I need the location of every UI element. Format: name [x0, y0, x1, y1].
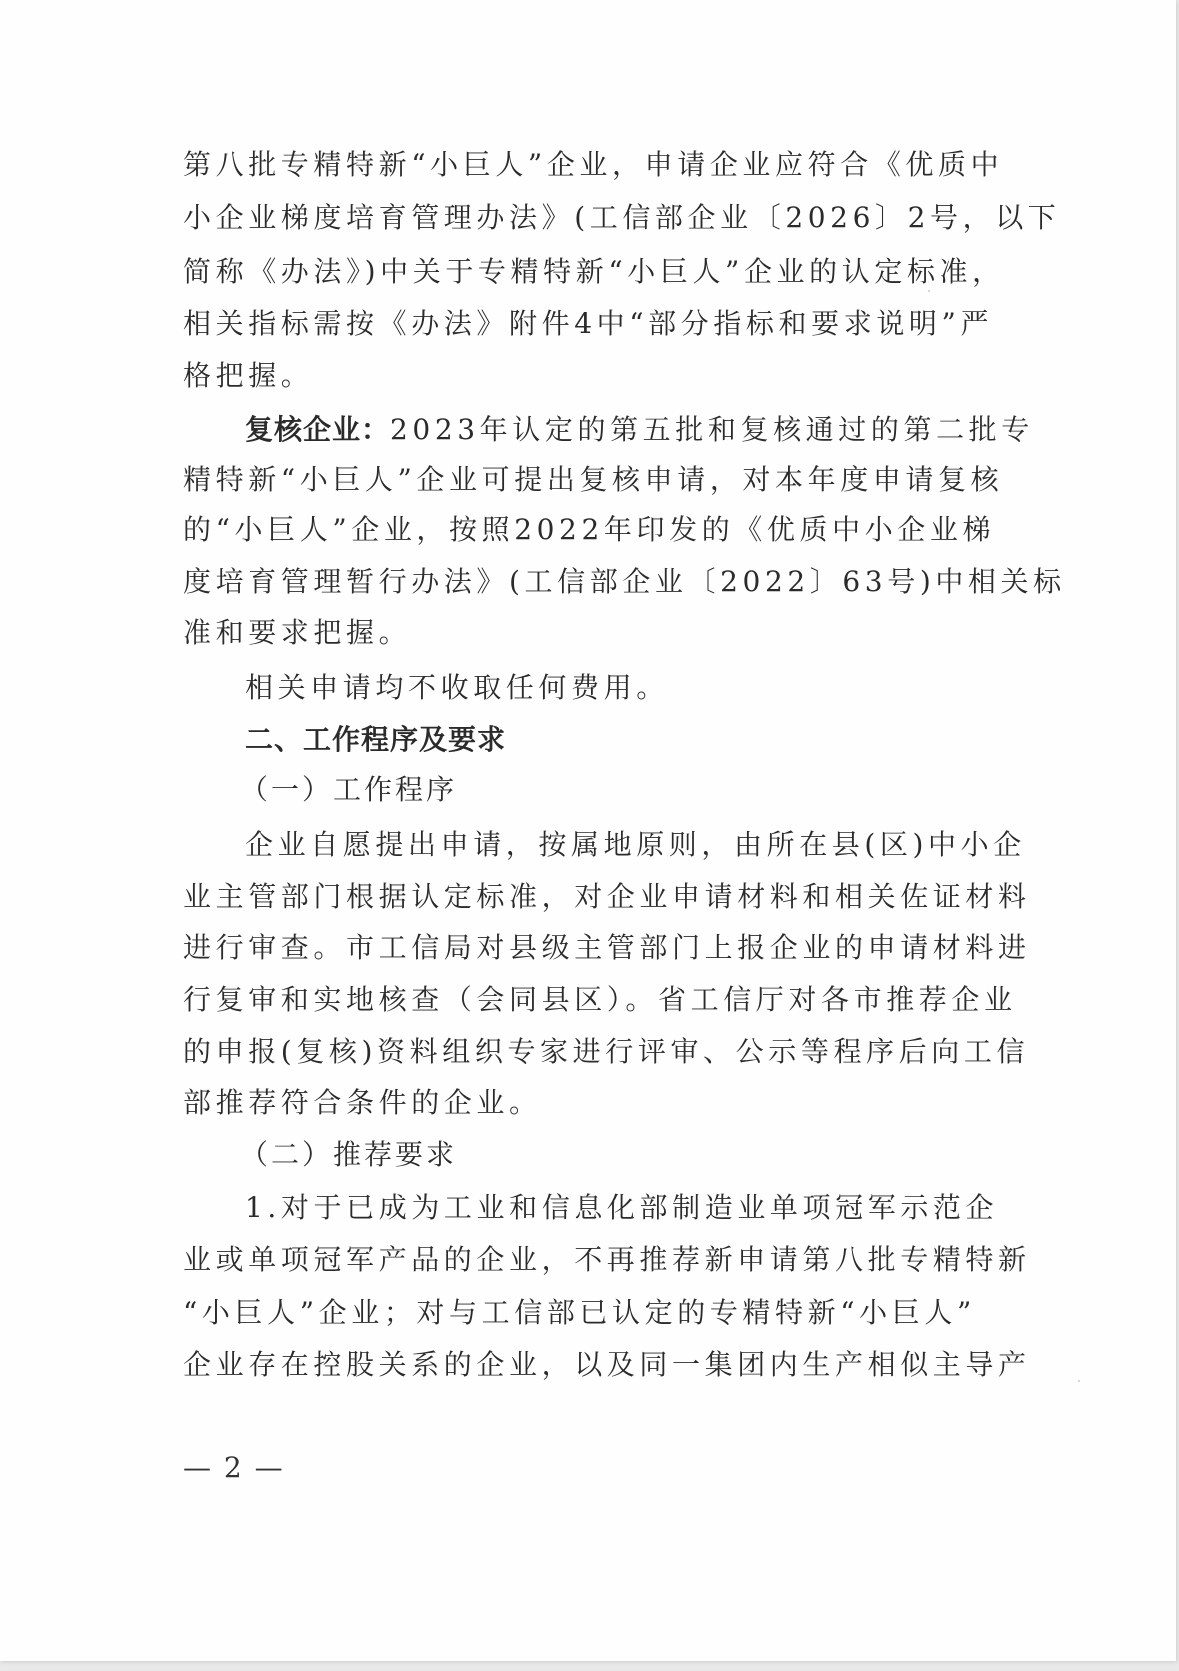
scan-speck	[928, 290, 930, 292]
text-line: 相关指标需按《办法》附件4中“部分指标和要求说明”严	[183, 306, 998, 342]
text-line: 小企业梯度培育管理办法》(工信部企业〔2026〕2号，以下	[183, 200, 998, 236]
text-line: 的申报(复核)资料组织专家进行评审、公示等程序后向工信	[183, 1034, 998, 1070]
text-line: 1.对于已成为工业和信息化部制造业单项冠军示范企	[245, 1190, 1060, 1226]
text-line: 精特新“小巨人”企业可提出复核申请，对本年度申请复核	[183, 462, 998, 498]
text-line: 第八批专精特新“小巨人”企业，申请企业应符合《优质中	[183, 147, 998, 183]
text-line: “小巨人”企业；对与工信部已认定的专精特新“小巨人”	[183, 1295, 998, 1331]
document-page: 第八批专精特新“小巨人”企业，申请企业应符合《优质中 小企业梯度培育管理办法》(…	[0, 0, 1176, 1661]
subsection-heading: （二）推荐要求	[240, 1137, 1055, 1173]
text-line: 复核企业：2023年认定的第五批和复核通过的第二批专	[245, 412, 1060, 448]
text-line: 格把握。	[183, 358, 998, 394]
text-line: 企业存在控股关系的企业，以及同一集团内生产相似主导产	[183, 1347, 998, 1383]
paragraph-lead-bold: 复核企业：	[245, 413, 390, 446]
section-heading: 二、工作程序及要求	[245, 722, 1060, 758]
page-number: — 2 —	[183, 1452, 285, 1484]
text-line: 行复审和实地核查（会同县区）。省工信厅对各市推荐企业	[183, 982, 998, 1018]
text-line: 部推荐符合条件的企业。	[183, 1085, 998, 1121]
text-line: 度培育管理暂行办法》(工信部企业〔2022〕63号)中相关标	[183, 564, 998, 600]
text-line: 业主管部门根据认定标准，对企业申请材料和相关佐证材料	[183, 879, 998, 915]
text-line: 相关申请均不收取任何费用。	[245, 670, 1060, 706]
text-line: 进行审查。市工信局对县级主管部门上报企业的申请材料进	[183, 930, 998, 966]
text-span: 2023年认定的第五批和复核通过的第二批专	[390, 413, 1034, 446]
text-line: 的“小巨人”企业，按照2022年印发的《优质中小企业梯	[183, 512, 998, 548]
scan-speck	[1078, 1380, 1080, 1382]
subsection-heading: （一）工作程序	[240, 772, 1055, 808]
text-line: 准和要求把握。	[183, 615, 998, 651]
text-line: 简称《办法》)中关于专精特新“小巨人”企业的认定标准，	[183, 254, 998, 290]
text-line: 业或单项冠军产品的企业，不再推荐新申请第八批专精特新	[183, 1242, 998, 1278]
text-line: 企业自愿提出申请，按属地原则，由所在县(区)中小企	[245, 827, 1060, 863]
